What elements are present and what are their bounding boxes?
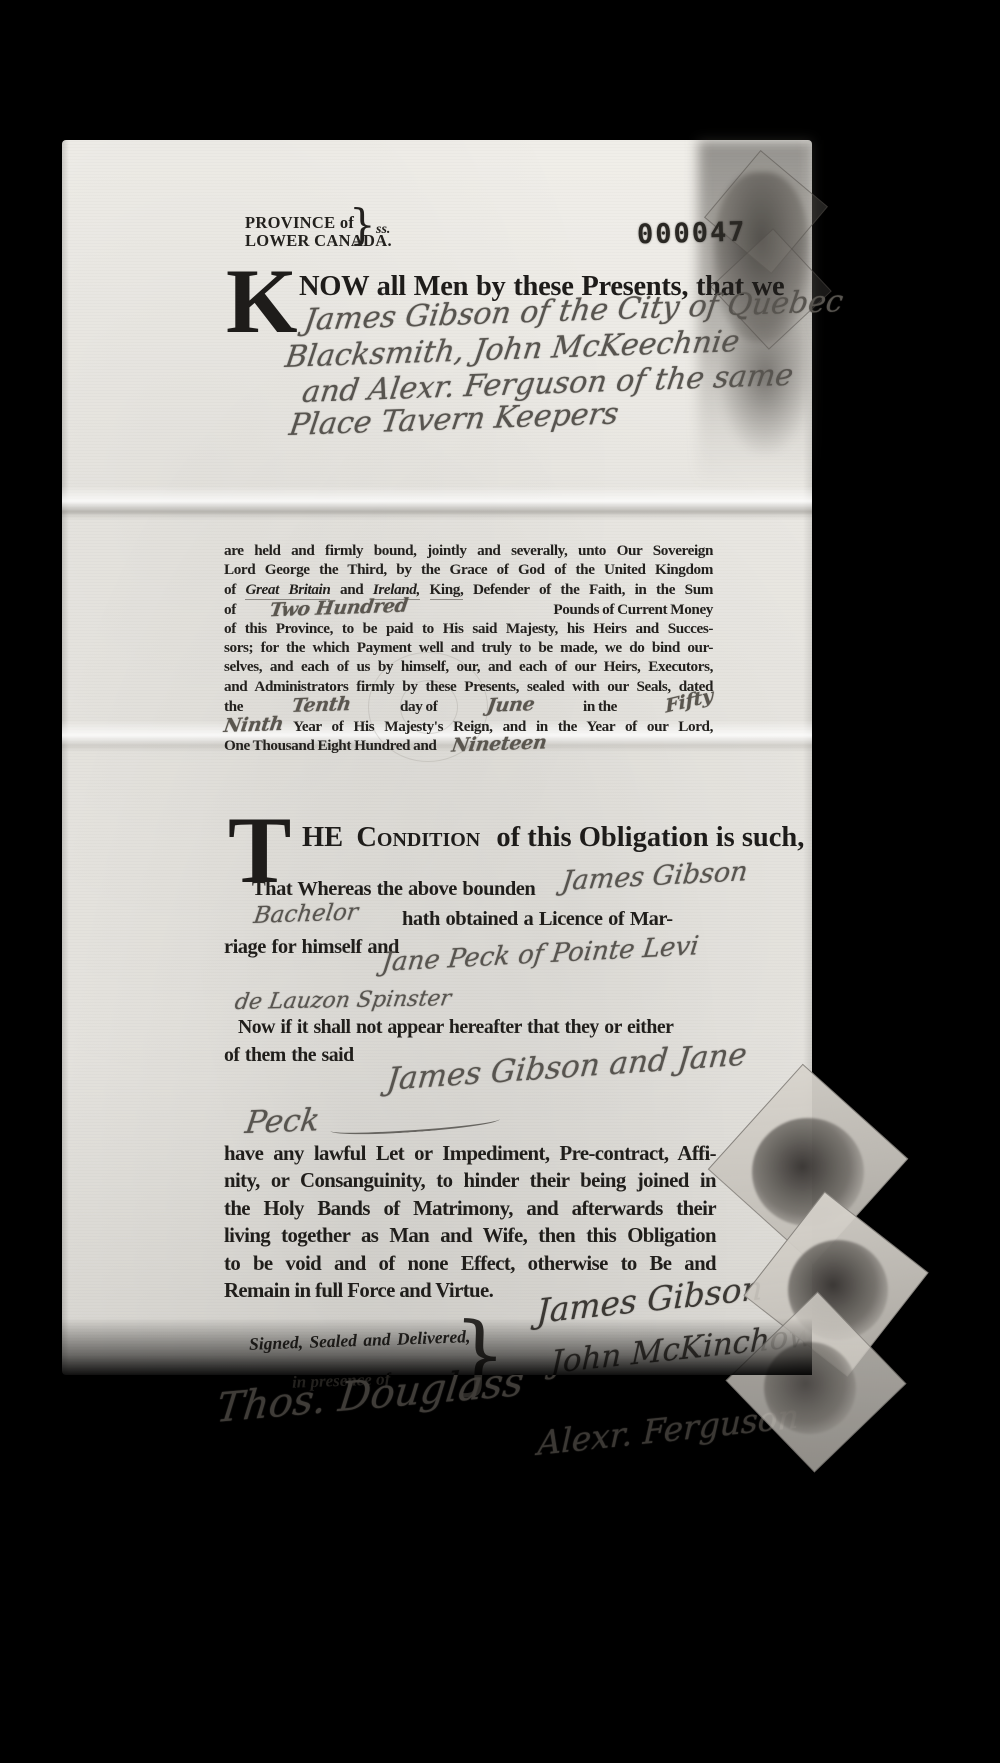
bond-line-7: selves, and each of us by himself, our, …: [224, 657, 713, 676]
serial-number-stamp: 000047: [637, 217, 747, 251]
bond-line-1: are held and firmly bound, jointly and s…: [224, 541, 713, 560]
bond-line-4: of Two Hundred Pounds of Current Money: [224, 599, 713, 618]
handwritten-groom-status: Bachelor: [252, 899, 360, 929]
final-line-4: living together as Man and Wife, then th…: [224, 1222, 716, 1249]
final-line-1: have any lawful Let or Impediment, Pre-c…: [224, 1140, 716, 1167]
handwritten-bride-residence: de Lauzon Spinster: [233, 986, 453, 1015]
bond-line-9-in-the: in the: [583, 697, 617, 716]
bond-line-11: One Thousand Eight Hundred and Nineteen: [224, 735, 713, 754]
bond-line-4-rest: Pounds of Current Money: [553, 600, 713, 619]
condition-heading-condition: Condition: [356, 822, 480, 853]
now-clause-line-1: Now if it shall not appear hereafter tha…: [238, 1016, 673, 1039]
dropcap-k: K: [226, 262, 298, 340]
handwritten-year: Nineteen: [451, 733, 548, 756]
bond-line-3-rest: Defender of the Faith, in the Sum: [473, 581, 713, 598]
header-brace: }: [349, 204, 376, 246]
condition-heading-rest: of this Obligation is such,: [496, 822, 804, 853]
bond-line-2: Lord George the Third, by the Grace of G…: [224, 560, 713, 579]
bond-line-3-and: and: [340, 581, 363, 598]
licence-clause-line-1: hath obtained a Licence of Mar-: [402, 908, 673, 931]
bond-line-9-day-of: day of: [400, 697, 437, 716]
fold-crease-upper: [62, 486, 812, 520]
final-line-2: nity, or Consanguinity, to hinder their …: [224, 1167, 716, 1194]
bond-line-4-of: of: [224, 600, 236, 619]
handwritten-couple-names-line-2: Peck: [243, 1102, 322, 1141]
bond-line-8: and Administrators firmly by these Prese…: [224, 677, 713, 696]
now-clause-line-2: of them the said: [224, 1044, 354, 1067]
paper-bottom-fade: [62, 1318, 812, 1375]
header-ss-abbreviation: ss.: [376, 222, 390, 238]
whereas-clause: That Whereas the above bounden: [252, 878, 535, 901]
bond-king: King,: [430, 581, 464, 600]
bond-line-11-text: One Thousand Eight Hundred and: [224, 736, 436, 755]
document-page: PROVINCE of LOWER CANADA. } ss. 000047 K…: [0, 0, 1000, 1763]
handwritten-day: Tenth: [291, 695, 353, 716]
final-line-3: the Holy Bands of Matrimony, and afterwa…: [224, 1195, 716, 1222]
bond-paragraph: are held and firmly bound, jointly and s…: [224, 541, 713, 754]
condition-heading-he: HE: [302, 822, 343, 853]
handwritten-month: June: [485, 695, 535, 716]
bond-line-5: of this Province, to be paid to His said…: [224, 619, 713, 638]
licence-clause-line-2: riage for himself and: [224, 936, 399, 959]
handwritten-reign-year-2: Ninth: [222, 714, 284, 735]
handwritten-sum: Two Hundred: [268, 597, 409, 621]
bond-line-3: of Great Britain and Ireland, King, Defe…: [224, 580, 713, 599]
bond-line-9: the Tenth day of June in the Fifty: [224, 696, 713, 715]
bond-line-10: Ninth Year of His Majesty's Reign, and i…: [224, 716, 713, 735]
condition-heading: HE Condition of this Obligation is such,: [302, 822, 804, 854]
bond-line-3-of: of: [224, 581, 236, 598]
bond-line-6: sors; for the which Payment well and tru…: [224, 638, 713, 657]
final-line-5: to be void and of none Effect, otherwise…: [224, 1250, 716, 1277]
